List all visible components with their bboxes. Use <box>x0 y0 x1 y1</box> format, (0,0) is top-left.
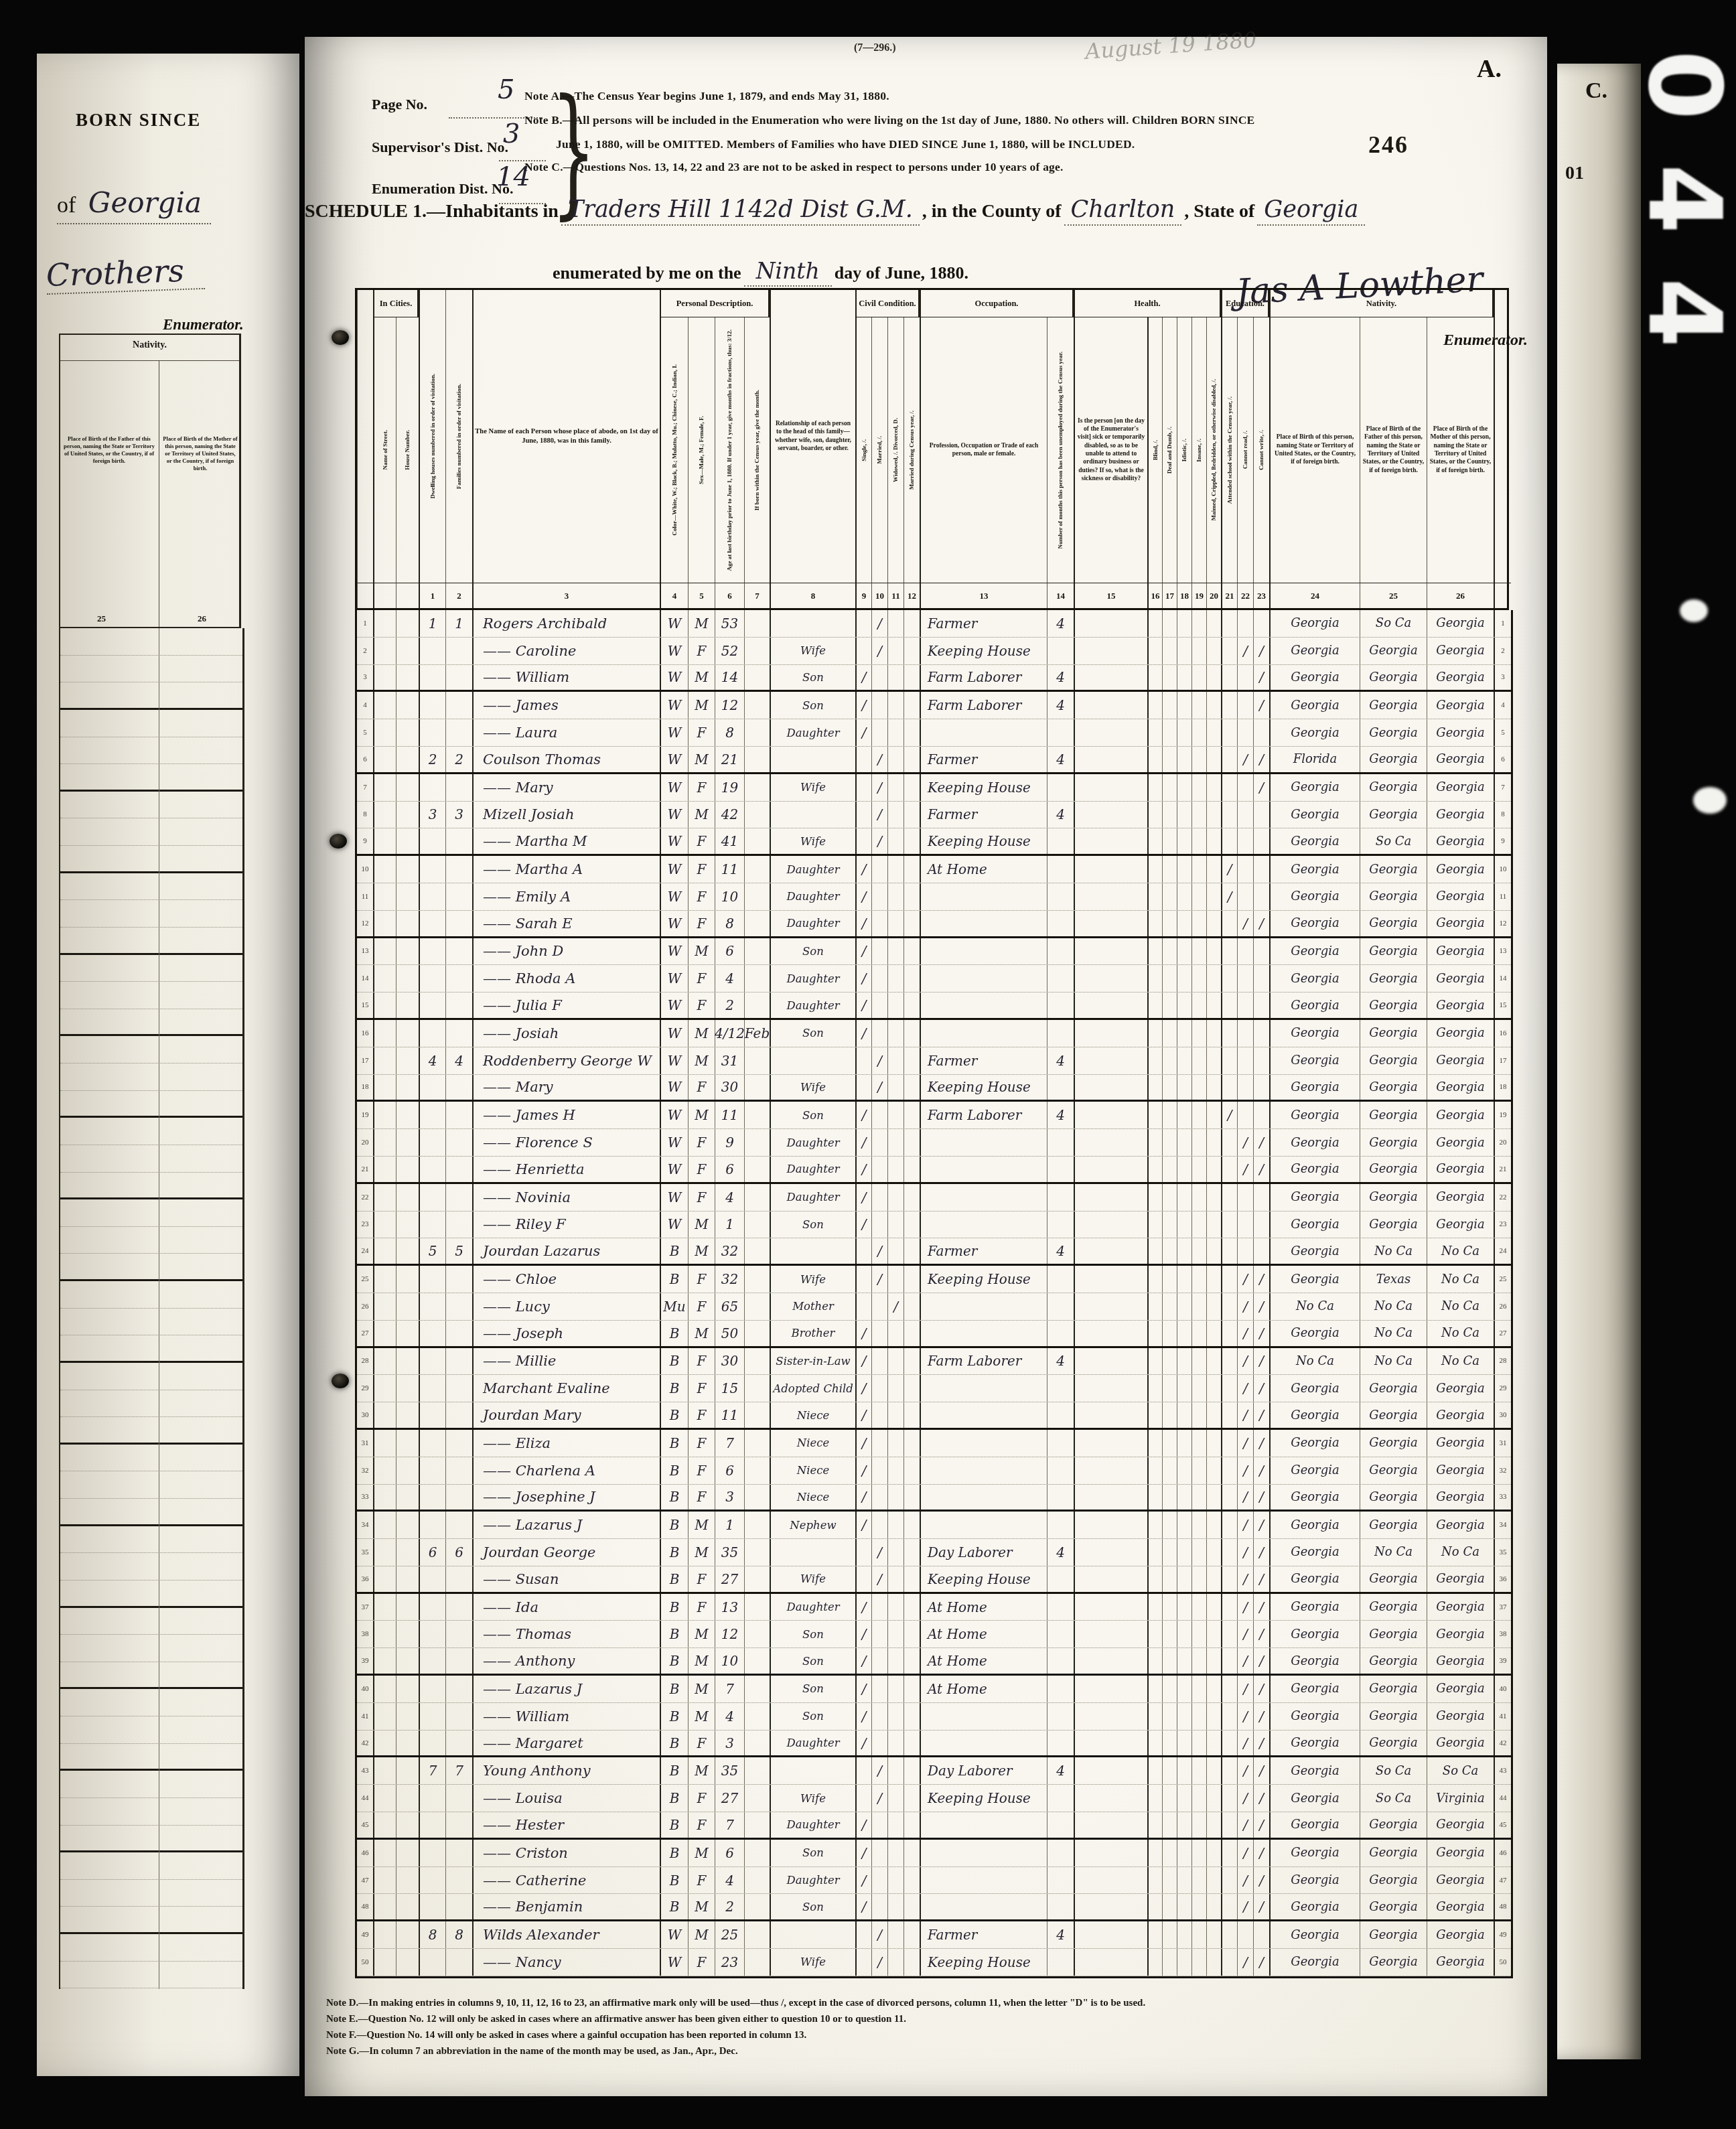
row-cell <box>871 1212 887 1238</box>
row-cell <box>396 747 419 772</box>
row-cell: Wife <box>770 1785 855 1812</box>
row-cell <box>419 1867 445 1894</box>
row-cell: Georgia <box>1269 1430 1360 1457</box>
row-cell <box>1177 1648 1191 1674</box>
row-cell <box>419 1184 445 1211</box>
row-cell: —— Caroline <box>472 638 660 664</box>
row-cell: F <box>688 883 715 910</box>
row-cell: / <box>871 1566 887 1592</box>
row-cell <box>920 1840 1047 1866</box>
row-cell <box>1074 1921 1147 1948</box>
row-cell: Son <box>770 692 855 719</box>
table-row: 11—— Emily AWF10Daughter//GeorgiaGeorgia… <box>357 883 1511 911</box>
row-cell: 6 <box>419 1539 445 1566</box>
table-row: 37—— IdaBF13Daughter/At Home//GeorgiaGeo… <box>357 1594 1511 1621</box>
row-cell <box>903 1921 920 1948</box>
row-cell <box>1074 1457 1147 1484</box>
row-cell: Georgia <box>1427 1485 1494 1510</box>
row-cell: 4 <box>1047 1102 1074 1128</box>
row-cell <box>744 1757 770 1784</box>
row-cell: F <box>688 1402 715 1428</box>
row-cell <box>1177 1785 1191 1812</box>
row-cell: No Ca <box>1427 1348 1494 1375</box>
row-cell <box>1177 1867 1191 1894</box>
row-cell <box>1162 1293 1177 1320</box>
table-row: 833Mizell JosiahWM42/Farmer4GeorgiaGeorg… <box>357 802 1511 829</box>
row-number-right: 25 <box>1494 1266 1511 1293</box>
row-cell: —— Julia F <box>472 993 660 1018</box>
row-cell: / <box>855 965 871 992</box>
row-cell: So Ca <box>1360 610 1427 637</box>
row-cell: Georgia <box>1427 1731 1494 1756</box>
row-cell <box>373 802 396 828</box>
row-cell: So Ca <box>1427 1757 1494 1784</box>
row-cell <box>396 1430 419 1457</box>
row-cell: 4 <box>1047 1539 1074 1566</box>
row-cell <box>396 828 419 854</box>
row-cell: Feb <box>744 1020 770 1047</box>
row-cell: Georgia <box>1427 638 1494 664</box>
row-cell <box>1047 1731 1074 1756</box>
row-cell <box>1162 1731 1177 1756</box>
row-number-left: 9 <box>357 828 373 854</box>
row-cell: / <box>1253 1430 1269 1457</box>
left-empty-row <box>60 1581 242 1608</box>
county-label: , in the County of <box>922 201 1062 222</box>
row-cell: Daughter <box>770 883 855 910</box>
left-col25-header: Place of Birth of the Father of this per… <box>63 435 155 465</box>
row-cell <box>1221 1293 1237 1320</box>
row-cell <box>903 1430 920 1457</box>
row-cell: / <box>1237 1266 1253 1293</box>
row-cell: —— Criston <box>472 1840 660 1866</box>
row-cell: Georgia <box>1269 1812 1360 1838</box>
row-cell <box>396 802 419 828</box>
row-cell <box>396 1566 419 1592</box>
row-number-right: 47 <box>1494 1867 1511 1894</box>
row-cell <box>744 1430 770 1457</box>
row-cell <box>373 1785 396 1812</box>
row-cell <box>1047 1129 1074 1156</box>
row-cell <box>1147 1894 1162 1919</box>
sliver-letter: C. <box>1585 78 1607 104</box>
row-cell <box>855 1949 871 1976</box>
row-cell <box>1074 1075 1147 1100</box>
row-cell <box>903 1867 920 1894</box>
row-cell <box>744 1539 770 1566</box>
row-cell <box>887 856 903 883</box>
row-cell: So Ca <box>1360 1757 1427 1784</box>
row-cell <box>1147 1867 1162 1894</box>
row-cell: / <box>1253 1949 1269 1976</box>
left-empty-row <box>60 1744 242 1771</box>
row-cell: Young Anthony <box>472 1757 660 1784</box>
enumerated-line: enumerated by me on the Ninth day of Jun… <box>553 258 968 284</box>
row-cell <box>1191 802 1206 828</box>
row-cell <box>744 965 770 992</box>
row-cell <box>1237 965 1253 992</box>
row-cell: / <box>1253 1293 1269 1320</box>
row-cell: Georgia <box>1360 1102 1427 1128</box>
row-cell <box>1177 638 1191 664</box>
column-header-c15: Is the person [on the day of the Enumera… <box>1074 317 1147 583</box>
row-cell <box>744 1293 770 1320</box>
row-cell <box>1162 1402 1177 1428</box>
left-empty-row <box>60 1798 242 1826</box>
row-number-left: 37 <box>357 1594 373 1621</box>
row-cell: Georgia <box>1269 692 1360 719</box>
group-header-nativity: Nativity. <box>1269 290 1494 317</box>
row-cell: / <box>855 1894 871 1919</box>
row-number-right: 30 <box>1494 1402 1511 1428</box>
row-cell <box>871 1485 887 1510</box>
row-cell: 14 <box>715 665 744 690</box>
row-cell <box>855 638 871 664</box>
row-cell <box>1147 883 1162 910</box>
row-cell: B <box>660 1321 688 1346</box>
row-cell: Farmer <box>920 1238 1047 1264</box>
row-cell <box>445 1348 472 1375</box>
row-cell <box>1147 1703 1162 1730</box>
row-cell <box>1147 1457 1162 1484</box>
row-cell <box>1221 719 1237 746</box>
row-cell <box>744 692 770 719</box>
row-cell: / <box>1253 1594 1269 1621</box>
row-cell <box>1253 883 1269 910</box>
row-cell <box>419 638 445 664</box>
row-cell <box>1162 1785 1177 1812</box>
row-cell <box>373 1020 396 1047</box>
row-cell <box>1206 1293 1221 1320</box>
row-cell <box>419 1430 445 1457</box>
row-cell <box>920 938 1047 965</box>
row-cell <box>373 1075 396 1100</box>
row-number-right: 10 <box>1494 856 1511 883</box>
row-cell: Jourdan Lazarus <box>472 1238 660 1264</box>
row-cell: Georgia <box>1360 1512 1427 1538</box>
row-cell: Georgia <box>1427 1894 1494 1919</box>
row-cell <box>419 965 445 992</box>
row-number-left: 30 <box>357 1402 373 1428</box>
column-number <box>373 583 396 608</box>
row-cell <box>903 1321 920 1346</box>
row-number-left: 2 <box>357 638 373 664</box>
row-cell: / <box>1221 883 1237 910</box>
table-row: 50—— NancyWF23Wife/Keeping House//Georgi… <box>357 1949 1511 1976</box>
row-cell <box>396 1731 419 1756</box>
born-since-text: BORN SINCE <box>76 110 201 131</box>
row-cell <box>744 993 770 1018</box>
row-cell: Georgia <box>1360 692 1427 719</box>
row-cell <box>373 665 396 690</box>
left-empty-row <box>60 1173 242 1200</box>
row-cell <box>1206 1184 1221 1211</box>
row-cell: F <box>688 1075 715 1100</box>
row-cell <box>396 1621 419 1647</box>
row-cell: Georgia <box>1427 1921 1494 1948</box>
row-cell <box>1147 1129 1162 1156</box>
row-cell <box>887 610 903 637</box>
row-cell <box>744 1457 770 1484</box>
column-header-text: If born within the Census year, give the… <box>753 390 760 510</box>
row-cell: / <box>1237 1402 1253 1428</box>
row-cell: No Ca <box>1360 1321 1427 1346</box>
row-cell: Georgia <box>1360 1402 1427 1428</box>
row-cell: 7 <box>715 1430 744 1457</box>
row-cell: Georgia <box>1360 1157 1427 1182</box>
row-cell <box>1147 638 1162 664</box>
row-cell: At Home <box>920 1621 1047 1647</box>
row-cell <box>744 719 770 746</box>
row-cell <box>373 1757 396 1784</box>
row-cell: / <box>1253 1266 1269 1293</box>
row-cell: —— Josiah <box>472 1020 660 1047</box>
row-cell <box>1206 1539 1221 1566</box>
row-cell <box>744 1621 770 1647</box>
row-cell: Farmer <box>920 747 1047 772</box>
row-cell <box>744 1785 770 1812</box>
row-cell: Georgia <box>1427 1430 1494 1457</box>
row-cell <box>1177 828 1191 854</box>
row-cell <box>1162 965 1177 992</box>
row-cell: 50 <box>715 1321 744 1346</box>
left-state-line: of Georgia <box>57 186 211 224</box>
left-empty-row <box>60 1281 242 1309</box>
row-cell <box>1147 993 1162 1018</box>
row-cell: F <box>688 1812 715 1838</box>
row-cell <box>1191 1648 1206 1674</box>
row-cell <box>1074 1430 1147 1457</box>
row-cell: / <box>1253 1348 1269 1375</box>
row-cell <box>1074 692 1147 719</box>
row-cell: / <box>1253 1621 1269 1647</box>
group-header-civil: Civil Condition. <box>855 290 920 317</box>
row-cell <box>903 1402 920 1428</box>
row-cell: No Ca <box>1360 1293 1427 1320</box>
row-cell: / <box>1253 1648 1269 1674</box>
row-cell <box>1191 719 1206 746</box>
row-cell: Georgia <box>1269 993 1360 1018</box>
group-header-education: Education. <box>1221 290 1269 317</box>
row-cell: / <box>1237 1676 1253 1702</box>
row-cell: —— Mary <box>472 1075 660 1100</box>
column-number: 19 <box>1191 583 1206 608</box>
row-cell: / <box>871 610 887 637</box>
row-cell <box>419 774 445 801</box>
row-cell: Son <box>770 1703 855 1730</box>
row-cell <box>1162 1321 1177 1346</box>
row-cell: Georgia <box>1269 1894 1360 1919</box>
row-cell <box>1162 1129 1177 1156</box>
row-cell: / <box>1253 1512 1269 1538</box>
row-cell <box>1162 1840 1177 1866</box>
left-empty-row <box>60 1390 242 1418</box>
row-cell <box>373 1238 396 1264</box>
row-cell <box>1206 719 1221 746</box>
row-cell <box>887 1266 903 1293</box>
row-cell <box>1162 1157 1177 1182</box>
row-cell: Day Laborer <box>920 1757 1047 1784</box>
row-cell <box>1206 1894 1221 1919</box>
row-cell <box>887 1184 903 1211</box>
row-cell: —— Rhoda A <box>472 965 660 992</box>
row-cell <box>419 883 445 910</box>
state-handwriting: Georgia <box>1257 196 1365 226</box>
row-cell: W <box>660 938 688 965</box>
table-row: 33—— Josephine JBF3Niece///GeorgiaGeorgi… <box>357 1485 1511 1512</box>
row-cell: / <box>855 1731 871 1756</box>
row-cell <box>1147 1293 1162 1320</box>
row-cell <box>445 1949 472 1976</box>
column-header-text: Number of months this person has been un… <box>1057 352 1064 549</box>
row-cell: 53 <box>715 610 744 637</box>
row-cell: —— William <box>472 1703 660 1730</box>
row-cell: Daughter <box>770 1867 855 1894</box>
row-cell <box>445 1212 472 1238</box>
row-cell: F <box>688 1566 715 1592</box>
column-number: 5 <box>688 583 715 608</box>
row-cell <box>1191 856 1206 883</box>
row-cell <box>903 1129 920 1156</box>
row-cell: —— Josephine J <box>472 1485 660 1510</box>
row-cell <box>920 883 1047 910</box>
row-cell: Georgia <box>1427 1621 1494 1647</box>
row-number-left: 14 <box>357 965 373 992</box>
row-cell: Son <box>770 1621 855 1647</box>
row-cell <box>1177 993 1191 1018</box>
row-cell <box>903 692 920 719</box>
row-cell <box>445 1075 472 1100</box>
row-cell <box>1162 1648 1177 1674</box>
row-number-right: 24 <box>1494 1238 1511 1264</box>
column-header-text: Idiotic, /. <box>1181 439 1187 461</box>
row-cell: / <box>855 1676 871 1702</box>
row-cell <box>871 1812 887 1838</box>
row-cell: Farmer <box>920 1047 1047 1074</box>
row-number-right: 6 <box>1494 747 1511 772</box>
row-cell: / <box>1253 1731 1269 1756</box>
row-cell <box>373 1457 396 1484</box>
row-cell <box>1191 692 1206 719</box>
row-cell: 65 <box>715 1293 744 1320</box>
row-cell: F <box>688 1485 715 1510</box>
row-cell: M <box>688 692 715 719</box>
row-cell <box>396 1348 419 1375</box>
row-cell: 4 <box>715 965 744 992</box>
row-cell <box>445 1648 472 1674</box>
column-header-c6: Age at last birthday prior to June 1, 18… <box>715 317 744 583</box>
row-cell <box>1047 1894 1074 1919</box>
row-cell <box>1047 883 1074 910</box>
column-header-text: Cannot read, /. <box>1242 431 1248 469</box>
row-cell: Georgia <box>1269 1321 1360 1346</box>
row-cell <box>887 883 903 910</box>
row-cell <box>419 1731 445 1756</box>
row-cell: M <box>688 1703 715 1730</box>
row-cell: 4 <box>445 1047 472 1074</box>
row-cell: / <box>1237 1840 1253 1866</box>
column-header-c9: Single, /. <box>855 317 871 583</box>
table-header: In Cities.Personal Description.Civil Con… <box>355 288 1509 610</box>
row-cell <box>1191 938 1206 965</box>
left-enumerator-signature: Crothers <box>46 252 205 295</box>
row-cell: 3 <box>715 1731 744 1756</box>
column-header-c8: Relationship of each person to the head … <box>770 290 855 583</box>
row-cell <box>396 1266 419 1293</box>
row-cell <box>1047 1457 1074 1484</box>
row-cell <box>373 747 396 772</box>
row-number-left: 8 <box>357 802 373 828</box>
row-cell: At Home <box>920 1676 1047 1702</box>
fastener-hole <box>332 330 349 345</box>
row-cell: B <box>660 1840 688 1866</box>
row-cell <box>887 1594 903 1621</box>
row-cell <box>1074 1648 1147 1674</box>
row-cell: —— Chloe <box>472 1266 660 1293</box>
row-cell <box>445 1375 472 1402</box>
row-cell: Adopted Child <box>770 1375 855 1402</box>
row-cell: Georgia <box>1269 1212 1360 1238</box>
row-cell <box>744 1812 770 1838</box>
row-cell <box>1191 1238 1206 1264</box>
table-row: 3566Jourdan GeorgeBM35/Day Laborer4//Geo… <box>357 1539 1511 1566</box>
note-b-line1: Note B.—All persons will be included in … <box>524 113 1254 127</box>
row-cell: / <box>1237 747 1253 772</box>
row-cell <box>396 1512 419 1538</box>
row-cell: F <box>688 1949 715 1976</box>
row-cell <box>1221 1894 1237 1919</box>
row-cell <box>445 1430 472 1457</box>
table-row: 34—— Lazarus JBM1Nephew///GeorgiaGeorgia… <box>357 1512 1511 1539</box>
row-cell <box>871 1894 887 1919</box>
row-cell: Son <box>770 1894 855 1919</box>
row-number-left: 16 <box>357 1020 373 1047</box>
row-cell: Georgia <box>1427 1102 1494 1128</box>
row-cell: Georgia <box>1427 1703 1494 1730</box>
note-c: Note C.—Questions Nos. 13, 14, 22 and 23… <box>524 160 1064 174</box>
row-cell <box>744 1184 770 1211</box>
row-cell <box>445 883 472 910</box>
row-cell <box>887 1921 903 1948</box>
row-cell: / <box>1237 1757 1253 1784</box>
row-cell <box>419 665 445 690</box>
row-cell <box>1221 802 1237 828</box>
row-cell <box>1147 1375 1162 1402</box>
row-cell <box>1074 1129 1147 1156</box>
row-cell: Georgia <box>1269 1566 1360 1592</box>
census-page: (7—296.) August 19 1880 A. 246 Page No. … <box>305 37 1547 2096</box>
column-header-margin <box>357 290 373 583</box>
row-cell: M <box>688 665 715 690</box>
row-cell <box>396 1102 419 1128</box>
row-cell <box>1047 1812 1074 1838</box>
left-empty-row <box>60 764 242 792</box>
row-cell: 27 <box>715 1566 744 1592</box>
left-empty-row <box>60 710 242 737</box>
row-cell <box>1074 1731 1147 1756</box>
row-number-left: 19 <box>357 1102 373 1128</box>
row-cell <box>1147 1785 1162 1812</box>
row-cell <box>871 1703 887 1730</box>
row-cell: / <box>871 828 887 854</box>
row-cell: —— Catherine <box>472 1867 660 1894</box>
row-cell <box>1162 1594 1177 1621</box>
row-cell <box>419 1212 445 1238</box>
row-cell <box>1074 1485 1147 1510</box>
row-cell: / <box>871 747 887 772</box>
row-cell: B <box>660 1238 688 1264</box>
row-cell: / <box>855 1485 871 1510</box>
